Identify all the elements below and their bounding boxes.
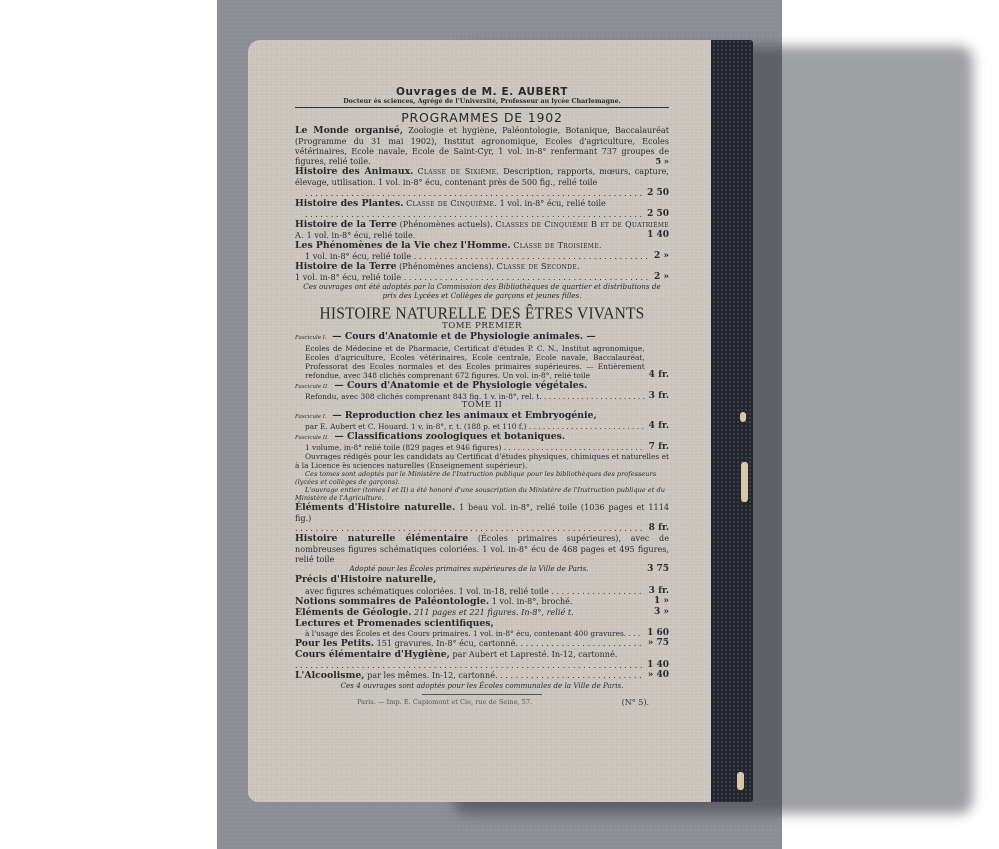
book-price: 1 40 <box>643 660 669 670</box>
hn-note-ministry: Ces tomes sont adoptés par le Ministère … <box>295 470 669 486</box>
book-price: 3 75 <box>643 564 669 574</box>
book-description: avec figures schématiques coloriées. 1 v… <box>305 586 645 596</box>
catalog-page: Ouvrages de M. E. AUBERT Docteur ès scie… <box>295 86 669 707</box>
book-price: 3 » <box>650 607 669 618</box>
book-title: Lectures et Promenades scientifiques, <box>295 618 494 629</box>
header-rule <box>295 107 669 108</box>
leader-dots <box>295 523 645 533</box>
book-entry: Pour les Petits. 151 gravures. In-8° écu… <box>295 638 669 649</box>
book-price: 5 » <box>655 156 669 166</box>
book-entry: Éléments de Géologie. 211 pages et 221 f… <box>295 607 669 618</box>
book-entry: Histoire des Plantes. Classe de Cinquièm… <box>295 198 669 209</box>
book-entry: Cours élémentaire d'Hygiène, par Aubert … <box>295 649 669 660</box>
book-description: 211 pages et 221 figures. In-8°, relié t… <box>414 607 574 617</box>
price-line: Adopté pour les Écoles primaires supérie… <box>295 564 669 574</box>
price-line: 1 vol. in-8° écu, relié toile 2 » <box>295 251 669 261</box>
fascicle-price: 4 fr. <box>645 422 669 431</box>
footer-rule <box>422 694 542 695</box>
price-line: 1 volume, in-8° relié toile (829 pages e… <box>295 443 669 452</box>
book-entry: Les Phénomènes de la Vie chez l'Homme. C… <box>295 240 669 251</box>
fascicle-label: Fascicule II. <box>295 384 329 390</box>
price-line: par E. Aubert et C. Houard. 1 v. in-8°, … <box>295 422 669 431</box>
leader-dots <box>295 660 643 670</box>
book-entry: Précis d'Histoire naturelle, <box>295 574 669 585</box>
catalog-number: (N° 5). <box>622 698 669 707</box>
book-description: 1 vol. in-8°, broché. <box>492 596 573 606</box>
fascicle-entry: Fascicule I. — Reproduction chez les ani… <box>295 410 669 422</box>
programmes-title: PROGRAMMES DE 1902 <box>295 110 669 125</box>
leader-dots <box>305 188 643 198</box>
book-title: Histoire de la Terre <box>295 261 397 272</box>
fascicle-description: Ecoles de Médecine et de Pharmacie, Cert… <box>305 344 645 380</box>
book-description: par Aubert et Lapresté. In-12, cartonné. <box>452 649 617 659</box>
book-title: Notions sommaires de Paléontologie. <box>295 596 489 607</box>
book-class-level: Classe de Cinquième. <box>406 198 497 208</box>
book-note: Adopté pour les Écoles primaires supérie… <box>295 564 643 574</box>
book-title: Histoire de la Terre <box>295 219 397 230</box>
price-line: 2 50 <box>295 209 669 219</box>
book-title: Les Phénomènes de la Vie chez l'Homme. <box>295 240 511 251</box>
price-line: 8 fr. <box>295 523 669 533</box>
book-title: Précis d'Histoire naturelle, <box>295 574 436 585</box>
fascicle-label: Fascicule I. <box>295 335 327 341</box>
book-description: par les mêmes. In-12, cartonné. <box>367 670 498 680</box>
book-title: Cours élémentaire d'Hygiène, <box>295 649 450 660</box>
fascicle-price: 3 fr. <box>645 392 669 401</box>
printer-footer: Paris. — Imp. E. Capiomont et Cie, rue d… <box>295 698 669 707</box>
book-price: 8 fr. <box>645 523 669 533</box>
spine-wear <box>740 412 746 422</box>
book-entry: L'Alcoolisme, par les mêmes. In-12, cart… <box>295 670 669 681</box>
book-subtitle: (Phénomènes anciens). <box>399 261 494 271</box>
book-price: 3 fr. <box>645 586 669 596</box>
author-subtitle: Docteur ès sciences, Agrégé de l'Univers… <box>295 98 669 106</box>
book-description: 1 vol. in-8° écu, relié toile <box>295 272 650 282</box>
histoire-naturelle-title: HISTOIRE NATURELLE DES ÊTRES VIVANTS <box>295 306 669 324</box>
book-subtitle: (Phénomènes actuels). <box>400 219 493 229</box>
book-price: 1 40 <box>647 230 669 240</box>
price-line: 1 40 <box>295 660 669 670</box>
book-price: » 75 <box>644 638 669 649</box>
book-title: L'Alcoolisme, <box>295 670 364 681</box>
book-price: 1 60 <box>643 629 669 638</box>
fascicle-title: — Classifications zoologiques et botaniq… <box>334 431 565 442</box>
book-description: 1 vol. in-8° écu, relié toile <box>500 198 606 208</box>
hn-note-subscription: L'ouvrage entier (tomes I et II) a été h… <box>295 486 669 502</box>
book-title: Éléments d'Histoire naturelle. <box>295 502 455 513</box>
fascicle-entry: Fascicule I. — Cours d'Anatomie et de Ph… <box>295 331 669 343</box>
book-entry: Histoire de la Terre (Phénomènes actuels… <box>295 219 669 240</box>
fascicle-label: Fascicule I. <box>295 414 327 420</box>
book-description: 151 gravures. In-8° écu, cartonné. <box>377 638 518 648</box>
price-line: à l'usage des Écoles et des Cours primai… <box>295 629 669 638</box>
book-entry: Lectures et Promenades scientifiques, <box>295 618 669 629</box>
book-title: Éléments de Géologie. <box>295 607 411 618</box>
book-entry: Le Monde organisé, Zoologie et hygiène, … <box>295 125 669 166</box>
price-line: Ecoles de Médecine et de Pharmacie, Cert… <box>295 344 669 380</box>
author-title: Ouvrages de M. E. AUBERT <box>295 86 669 98</box>
book-entry: Éléments d'Histoire naturelle. 1 beau vo… <box>295 502 669 523</box>
fascicle-entry: Fascicule II. — Classifications zoologiq… <box>295 431 669 443</box>
book-description: à l'usage des Écoles et des Cours primai… <box>305 629 643 638</box>
book-title: Le Monde organisé, <box>295 125 403 136</box>
book-entry: Histoire de la Terre (Phénomènes anciens… <box>295 261 669 272</box>
spine-wear <box>737 772 744 790</box>
spine-wear <box>741 462 748 502</box>
book-entry: Histoire naturelle élémentaire (Écoles p… <box>295 533 669 564</box>
fascicle-description: par E. Aubert et C. Houard. 1 v. in-8°, … <box>305 422 645 431</box>
book-title: Histoire des Plantes. <box>295 198 404 209</box>
price-line: 1 vol. in-8° écu, relié toile 2 » <box>295 272 669 282</box>
programmes-list: Le Monde organisé, Zoologie et hygiène, … <box>295 125 669 300</box>
book-class-level: Classe de Seconde. <box>497 261 580 271</box>
book-entry: Notions sommaires de Paléontologie. 1 vo… <box>295 596 669 607</box>
hn-note-candidates: Ouvrages rédigés pour les candidats au C… <box>295 452 669 470</box>
tome-2-label: TOME II <box>295 401 669 410</box>
book-description: 1 vol. in-8° écu, relié toile <box>305 251 650 261</box>
fascicle-title: — Cours d'Anatomie et de Physiologie vég… <box>334 380 587 391</box>
fascicle-title: — Cours d'Anatomie et de Physiologie ani… <box>332 331 595 342</box>
leader-dots <box>305 209 643 219</box>
book-class-level: Classe de Sixième. <box>417 166 499 176</box>
book-class-level: Classe de Troisième. <box>513 240 602 250</box>
price-line: avec figures schématiques coloriées. 1 v… <box>295 586 669 596</box>
book-entry: Histoire des Animaux. Classe de Sixième.… <box>295 166 669 187</box>
fascicle-title: — Reproduction chez les animaux et Embry… <box>332 410 596 421</box>
book-title: Histoire des Animaux. <box>295 166 413 177</box>
fascicle-label: Fascicule II. <box>295 435 329 441</box>
book-title: Pour les Petits. <box>295 638 374 649</box>
tome-1-label: TOME PREMIER <box>295 322 669 331</box>
fascicle-price: 7 fr. <box>645 443 669 452</box>
fascicle-price: 4 fr. <box>645 371 669 380</box>
fascicle-description: 1 volume, in-8° relié toile (829 pages e… <box>305 443 645 452</box>
book-title: Histoire naturelle élémentaire <box>295 533 468 544</box>
price-line: 2 50 <box>295 188 669 198</box>
book-price: 2 50 <box>643 188 669 198</box>
programmes-note: Ces ouvrages ont été adoptés par la Comm… <box>295 282 669 300</box>
final-note: Ces 4 ouvrages sont adoptés pour les Éco… <box>295 681 669 690</box>
book-spine <box>708 40 753 802</box>
book-price: 2 » <box>650 251 669 261</box>
book-price: 2 50 <box>643 209 669 219</box>
printer-imprint: Paris. — Imp. E. Capiomont et Cie, rue d… <box>357 698 532 707</box>
book-price: 2 » <box>650 272 669 282</box>
book-description: 1 vol. in-8° écu, relié toile. <box>307 230 416 240</box>
fascicle-entry: Fascicule II. — Cours d'Anatomie et de P… <box>295 380 669 392</box>
book-price: » 40 <box>644 670 669 681</box>
other-works-list: Éléments d'Histoire naturelle. 1 beau vo… <box>295 502 669 682</box>
book-price: 1 » <box>650 596 669 607</box>
